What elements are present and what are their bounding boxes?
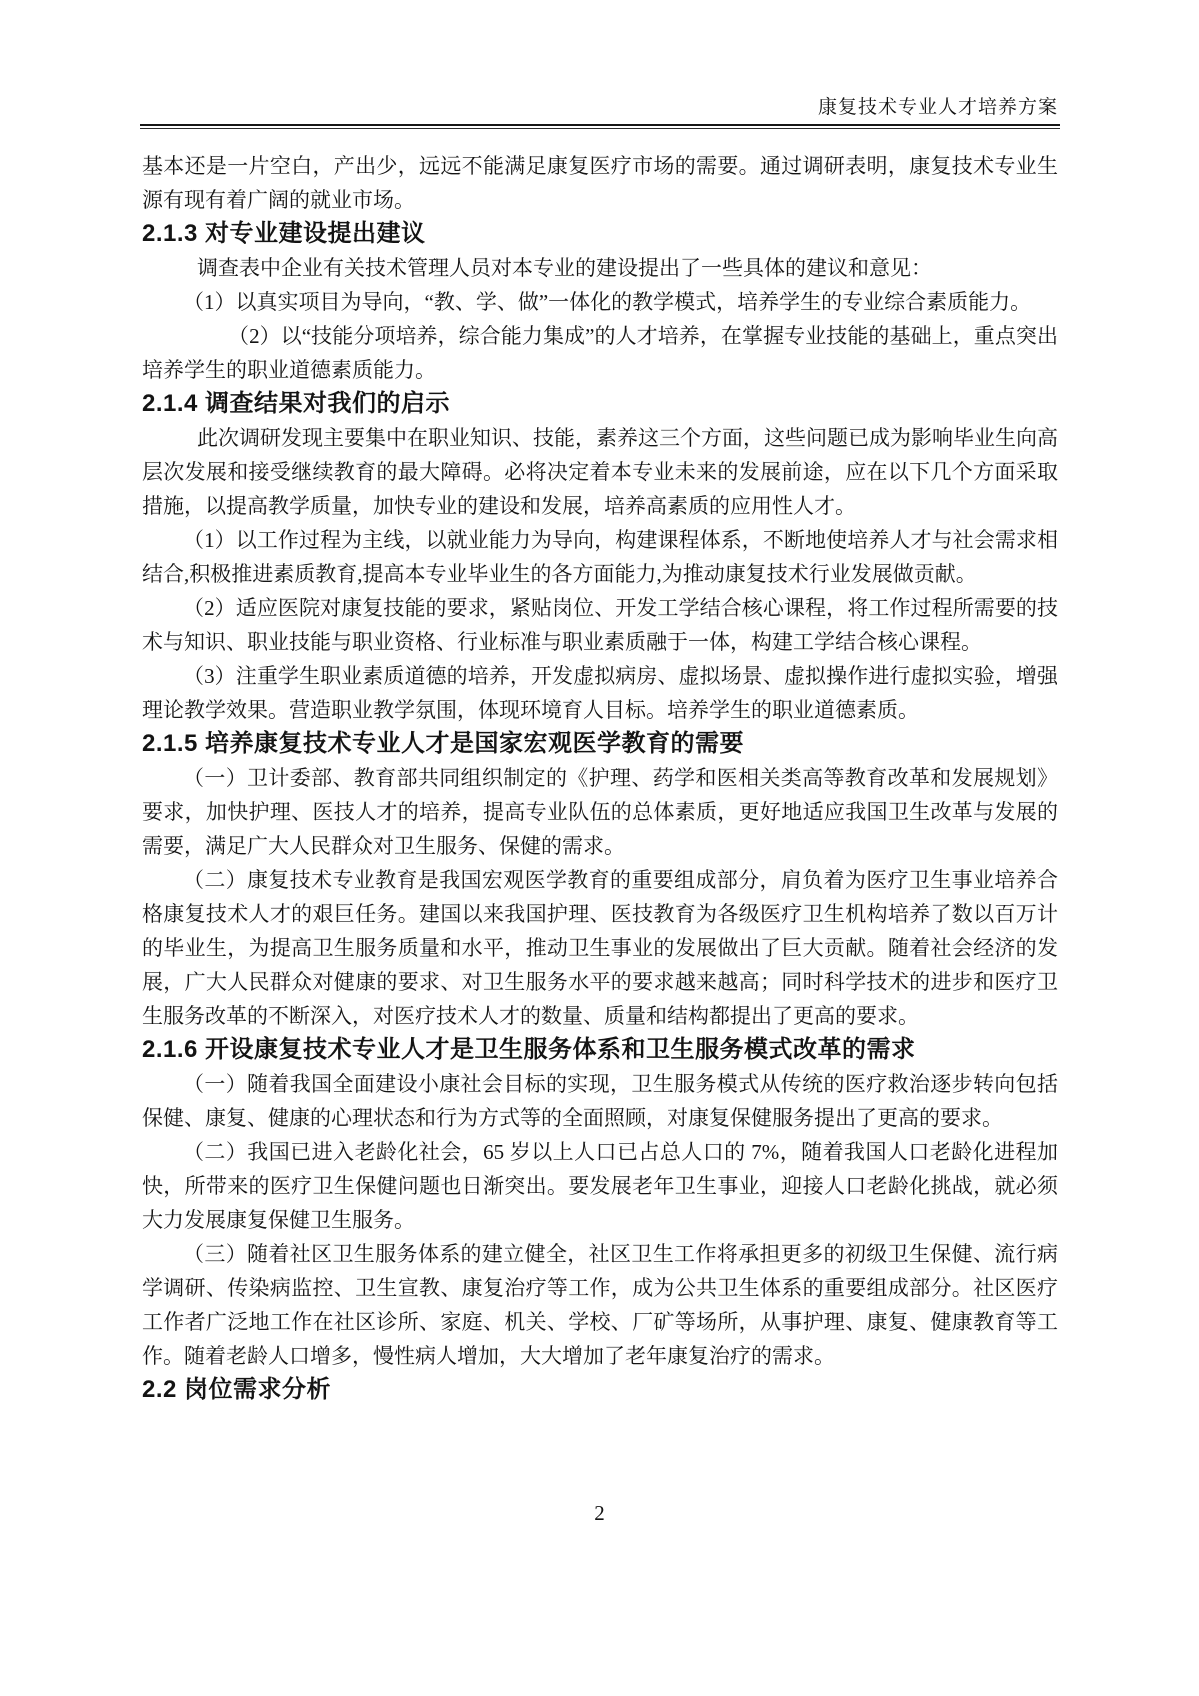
body-paragraph: （二）康复技术专业教育是我国宏观医学教育的重要组成部分，肩负着为医疗卫生事业培养… <box>142 863 1058 1033</box>
body-paragraph: （二）我国已进入老龄化社会，65 岁以上人口已占总人口的 7%，随着我国人口老龄… <box>142 1135 1058 1237</box>
section-heading: 2.1.4 调查结果对我们的启示 <box>142 387 1058 421</box>
body-paragraph: （三）随着社区卫生服务体系的建立健全，社区卫生工作将承担更多的初级卫生保健、流行… <box>142 1237 1058 1373</box>
body-paragraph: 基本还是一片空白，产出少，远远不能满足康复医疗市场的需要。通过调研表明，康复技术… <box>142 149 1058 217</box>
body-paragraph: （2）适应医院对康复技能的要求，紧贴岗位、开发工学结合核心课程，将工作过程所需要… <box>142 591 1058 659</box>
section-heading: 2.2 岗位需求分析 <box>142 1373 1058 1407</box>
body-paragraph: （一）随着我国全面建设小康社会目标的实现，卫生服务模式从传统的医疗救治逐步转向包… <box>142 1067 1058 1135</box>
page-number: 2 <box>0 1499 1199 1527</box>
body-paragraph: （3）注重学生职业素质道德的培养，开发虚拟病房、虚拟场景、虚拟操作进行虚拟实验，… <box>142 659 1058 727</box>
body-paragraph: 此次调研发现主要集中在职业知识、技能，素养这三个方面，这些问题已成为影响毕业生向… <box>142 421 1058 523</box>
body-paragraph: （1）以真实项目为导向，“教、学、做”一体化的教学模式，培养学生的专业综合素质能… <box>142 285 1058 319</box>
body-paragraph: （1）以工作过程为主线，以就业能力为导向，构建课程体系，不断地使培养人才与社会需… <box>142 523 1058 591</box>
body-paragraph: 调查表中企业有关技术管理人员对本专业的建设提出了一些具体的建议和意见： <box>142 251 1058 285</box>
document-body: 基本还是一片空白，产出少，远远不能满足康复医疗市场的需要。通过调研表明，康复技术… <box>142 149 1058 1407</box>
header-rule <box>140 124 1060 129</box>
section-heading: 2.1.3 对专业建设提出建议 <box>142 217 1058 251</box>
body-paragraph: （2）以“技能分项培养，综合能力集成”的人才培养，在掌握专业技能的基础上，重点突… <box>142 319 1058 387</box>
document-page: 康复技术专业人才培养方案 基本还是一片空白，产出少，远远不能满足康复医疗市场的需… <box>0 0 1199 1696</box>
section-heading: 2.1.6 开设康复技术专业人才是卫生服务体系和卫生服务模式改革的需求 <box>142 1033 1058 1067</box>
header-running-title: 康复技术专业人才培养方案 <box>142 92 1058 119</box>
body-paragraph: （一）卫计委部、教育部共同组织制定的《护理、药学和医相关类高等教育改革和发展规划… <box>142 761 1058 863</box>
section-heading: 2.1.5 培养康复技术专业人才是国家宏观医学教育的需要 <box>142 727 1058 761</box>
